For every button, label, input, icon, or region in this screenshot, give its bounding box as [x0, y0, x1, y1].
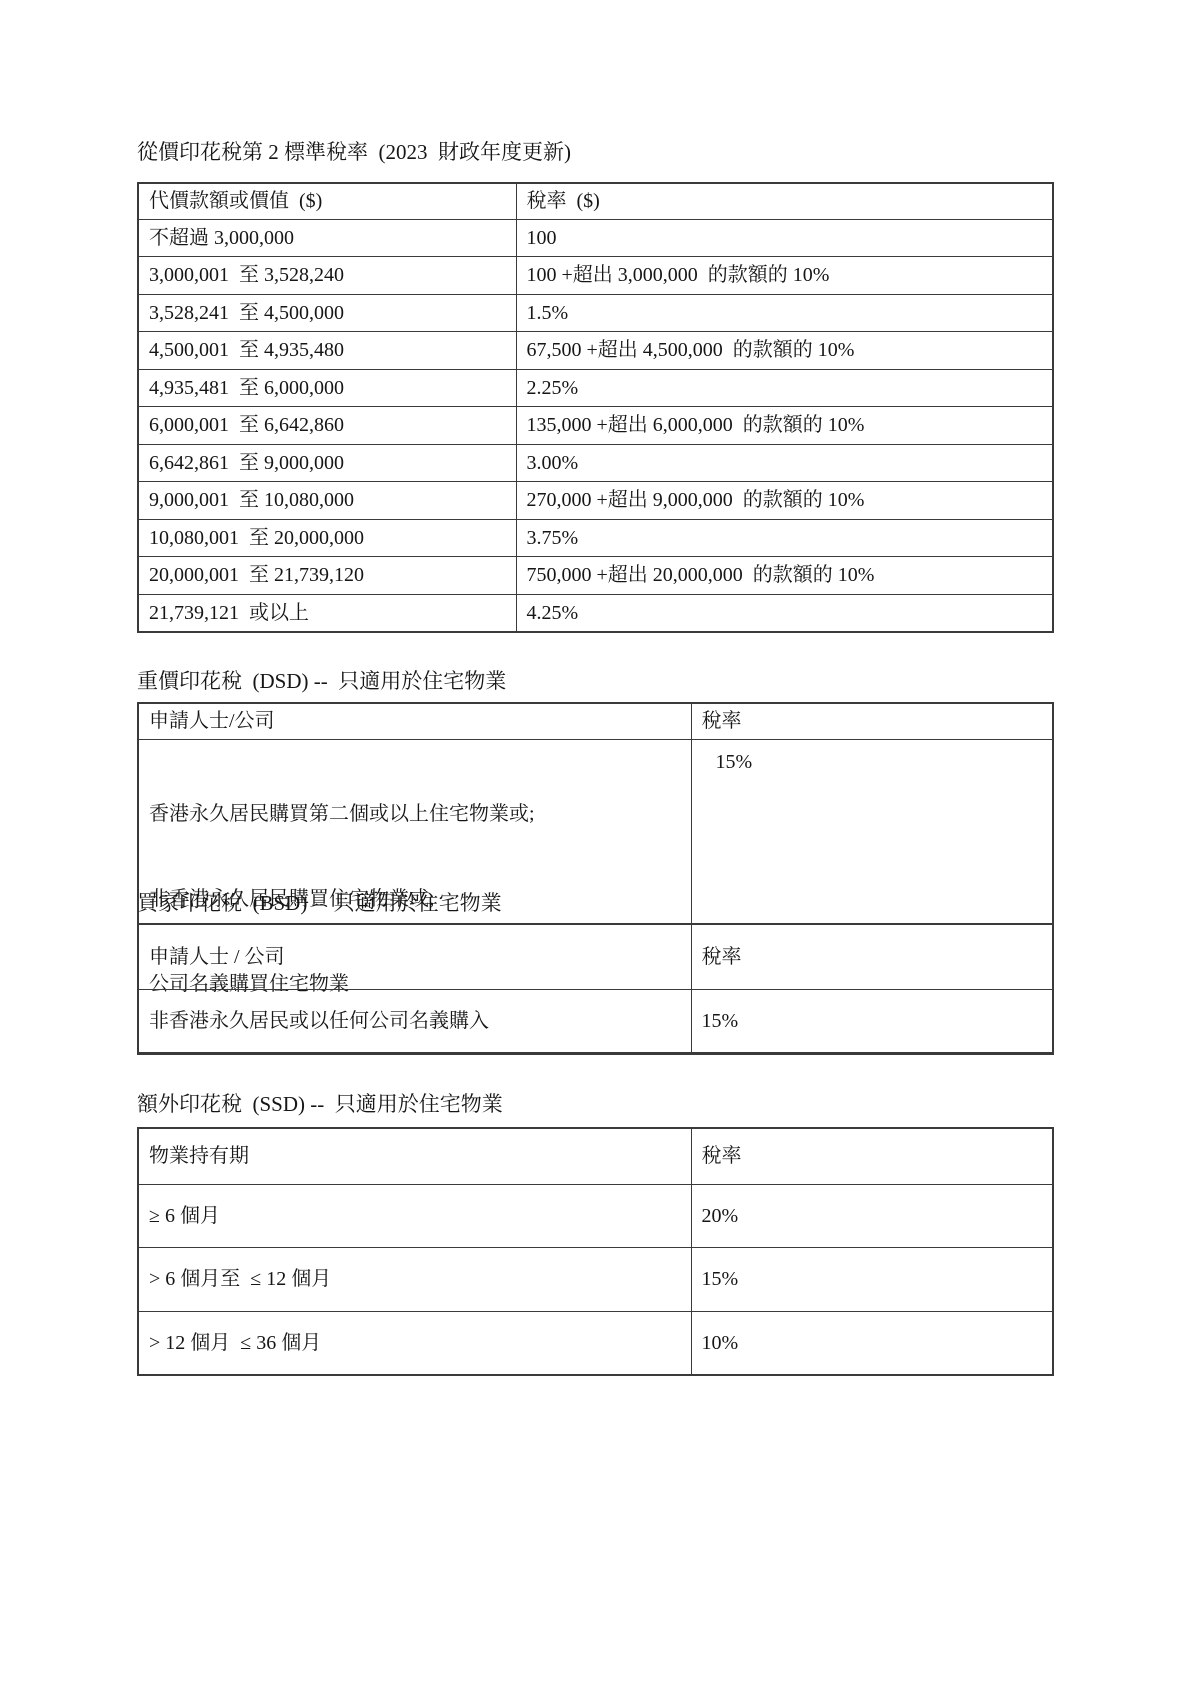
rate-cell: 10%	[691, 1311, 1053, 1375]
rate-cell: 15%	[691, 989, 1053, 1053]
table-row: 10,080,001 至 20,000,000 3.75%	[138, 519, 1053, 557]
consideration-cell: 6,000,001 至 6,642,860	[138, 407, 516, 445]
rate-cell: 15%	[691, 1248, 1053, 1312]
rate-cell: 20%	[691, 1184, 1053, 1248]
applicant-header-cell: 申請人士 / 公司	[138, 924, 691, 989]
consideration-cell: 21,739,121 或以上	[138, 594, 516, 632]
consideration-cell: 4,935,481 至 6,000,000	[138, 369, 516, 407]
table-row: 6,000,001 至 6,642,860 135,000 +超出 6,000,…	[138, 407, 1053, 445]
rate-cell: 67,500 +超出 4,500,000 的款額的 10%	[516, 332, 1053, 370]
table-row: ≥ 6 個月 20%	[138, 1184, 1053, 1248]
rate-header-cell: 稅率 ($)	[516, 183, 1053, 219]
rate-cell: 3.00%	[516, 444, 1053, 482]
rate-cell: 3.75%	[516, 519, 1053, 557]
table-row: 非香港永久居民或以任何公司名義購入 15%	[138, 989, 1053, 1053]
rate-cell: 750,000 +超出 20,000,000 的款額的 10%	[516, 557, 1053, 595]
consideration-cell: 10,080,001 至 20,000,000	[138, 519, 516, 557]
applicant-header-cell: 申請人士/公司	[138, 703, 691, 739]
rate-cell: 4.25%	[516, 594, 1053, 632]
table-header-row: 代價款額或價值 ($) 稅率 ($)	[138, 183, 1053, 219]
consideration-cell: 3,000,001 至 3,528,240	[138, 257, 516, 295]
table-header-row: 物業持有期 稅率	[138, 1128, 1053, 1184]
holding-period-cell: > 12 個月 ≤ 36 個月	[138, 1311, 691, 1375]
rate-header-cell: 稅率	[691, 1128, 1053, 1184]
dsd-section-title: 重價印花稅 (DSD) -- 只適用於住宅物業	[137, 668, 506, 695]
consideration-cell: 6,642,861 至 9,000,000	[138, 444, 516, 482]
consideration-cell: 9,000,001 至 10,080,000	[138, 482, 516, 520]
table-row: > 12 個月 ≤ 36 個月 10%	[138, 1311, 1053, 1375]
rate-cell: 2.25%	[516, 369, 1053, 407]
table-row: 3,000,001 至 3,528,240 100 +超出 3,000,000 …	[138, 257, 1053, 295]
rate-cell: 100 +超出 3,000,000 的款額的 10%	[516, 257, 1053, 295]
applicant-cell: 非香港永久居民或以任何公司名義購入	[138, 989, 691, 1053]
table-row: 6,642,861 至 9,000,000 3.00%	[138, 444, 1053, 482]
table-row: 4,935,481 至 6,000,000 2.25%	[138, 369, 1053, 407]
table-row: 20,000,001 至 21,739,120 750,000 +超出 20,0…	[138, 557, 1053, 595]
table-row: 21,739,121 或以上 4.25%	[138, 594, 1053, 632]
ssd-rate-table: 物業持有期 稅率 ≥ 6 個月 20% > 6 個月至 ≤ 12 個月 15% …	[137, 1127, 1054, 1376]
table-header-row: 申請人士 / 公司 稅率	[138, 924, 1053, 989]
holding-period-cell: > 6 個月至 ≤ 12 個月	[138, 1248, 691, 1312]
table-row: 4,500,001 至 4,935,480 67,500 +超出 4,500,0…	[138, 332, 1053, 370]
avd-section-title: 從價印花稅第 2 標準稅率 (2023 財政年度更新)	[137, 139, 571, 166]
rate-cell: 270,000 +超出 9,000,000 的款額的 10%	[516, 482, 1053, 520]
rate-cell: 100	[516, 219, 1053, 257]
bsd-rate-table: 申請人士 / 公司 稅率 非香港永久居民或以任何公司名義購入 15%	[137, 923, 1054, 1054]
rate-cell: 1.5%	[516, 294, 1053, 332]
holding-period-header-cell: 物業持有期	[138, 1128, 691, 1184]
avd-rate-table: 代價款額或價值 ($) 稅率 ($) 不超過 3,000,000 100 3,0…	[137, 182, 1054, 633]
applicant-line: 香港永久居民購買第二個或以上住宅物業或;	[149, 798, 685, 831]
table-row: 3,528,241 至 4,500,000 1.5%	[138, 294, 1053, 332]
consideration-cell: 3,528,241 至 4,500,000	[138, 294, 516, 332]
rate-cell: 135,000 +超出 6,000,000 的款額的 10%	[516, 407, 1053, 445]
holding-period-cell: ≥ 6 個月	[138, 1184, 691, 1248]
table-row: > 6 個月至 ≤ 12 個月 15%	[138, 1248, 1053, 1312]
consideration-cell: 4,500,001 至 4,935,480	[138, 332, 516, 370]
consideration-cell: 20,000,001 至 21,739,120	[138, 557, 516, 595]
consideration-cell: 不超過 3,000,000	[138, 219, 516, 257]
ssd-section-title: 額外印花稅 (SSD) -- 只適用於住宅物業	[137, 1091, 503, 1118]
bsd-section-title: 買家印花稅 (BSD) – 只適用於住宅物業	[137, 890, 502, 917]
table-row: 9,000,001 至 10,080,000 270,000 +超出 9,000…	[138, 482, 1053, 520]
document-page: 從價印花稅第 2 標準稅率 (2023 財政年度更新) 代價款額或價值 ($) …	[0, 0, 1200, 1697]
table-row: 不超過 3,000,000 100	[138, 219, 1053, 257]
table-header-row: 申請人士/公司 稅率	[138, 703, 1053, 739]
consideration-header-cell: 代價款額或價值 ($)	[138, 183, 516, 219]
rate-header-cell: 稅率	[691, 924, 1053, 989]
rate-header-cell: 稅率	[691, 703, 1053, 739]
